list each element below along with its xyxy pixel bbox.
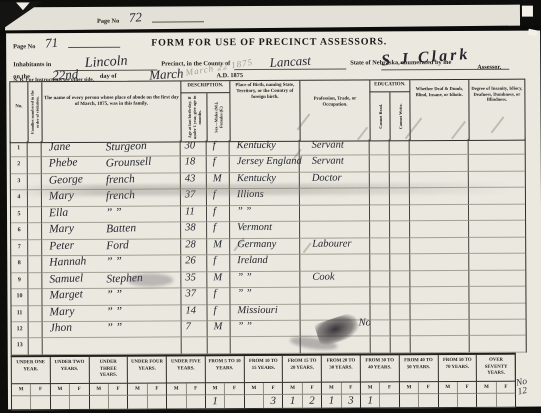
birthplace-cell: ” ” [231, 321, 301, 338]
footer-female-header: F [419, 382, 438, 394]
row-number: 11 [11, 306, 28, 323]
degree-cell [469, 155, 525, 172]
footer-age-group-label: FROM 5 TO 10 YEARS. [206, 356, 245, 383]
col-header-cannot-write: Cannot Write. [389, 92, 409, 140]
deaf-dumb-cell [411, 320, 470, 337]
footer-female-header: F [497, 382, 516, 394]
deaf-dumb-cell [410, 254, 469, 271]
degree-cell [469, 221, 525, 238]
footer-male-tally [439, 394, 458, 407]
deaf-dumb-cell [411, 336, 470, 353]
degree-cell [469, 204, 525, 221]
occupation-cell: Labourer [300, 238, 370, 255]
footer-female-tally: 3 [264, 395, 283, 408]
footer-female-header: F [264, 383, 283, 395]
col-group-description: DESCRIPTION. [180, 81, 229, 93]
first-name: Marget [49, 288, 83, 301]
row-number: 10 [11, 289, 28, 306]
cannot-read-cell [370, 205, 390, 222]
degree-cell [469, 139, 525, 156]
family-number-cell [28, 240, 42, 257]
cannot-write-cell [390, 254, 410, 271]
last-name: Grounsell [106, 156, 152, 170]
footer-age-group-label: UNDER FIVE YEARS. [167, 356, 206, 383]
col-header-birthplace: Place of Birth, naming State, Territory,… [229, 81, 299, 141]
footer-female-tally [109, 396, 128, 409]
cannot-write-cell [390, 139, 410, 156]
first-name: Peter [49, 239, 74, 252]
page-number-block: Page No 71 [13, 35, 120, 54]
col-header-degree-insanity: Degree of Insanity, Idiocy, Deafness, Du… [468, 80, 524, 140]
footer-male-header: M [12, 384, 31, 396]
footer-female-tally [70, 396, 89, 409]
deaf-dumb-cell [410, 139, 469, 156]
age-cell: 30 [181, 140, 207, 157]
cannot-read-cell [370, 139, 390, 156]
age-cell: 14 [181, 305, 207, 322]
footer-grid: UNDER ONE YEAR.UNDER TWO YEARS.UNDER THR… [11, 353, 516, 411]
col-header-deaf-dumb: Whether Deaf & Dumb, Blind, Insane, or I… [409, 80, 468, 140]
sex-cell: f [207, 206, 230, 223]
occupation-cell: Cook [300, 271, 370, 288]
col-header-no: No. [10, 82, 27, 142]
name-cell: Jane Sturgeon [42, 140, 181, 157]
birthplace-cell: ” ” [230, 206, 300, 223]
first-name: Mary [49, 305, 74, 318]
day-of-label: day of [100, 73, 117, 80]
footer-female-tally [148, 395, 167, 408]
footer-female-header: F [225, 383, 244, 395]
sex-cell: M [208, 321, 231, 338]
cannot-read-cell [370, 156, 390, 173]
deaf-dumb-cell [410, 205, 469, 222]
cannot-write-cell [391, 337, 411, 354]
cannot-write-cell [390, 304, 410, 321]
last-name: Batten [106, 222, 136, 235]
footer-female-tally [497, 394, 516, 407]
name-cell: Marget ” ” [42, 288, 181, 305]
degree-cell [470, 320, 526, 337]
last-name: ” ” [106, 321, 122, 334]
footer-male-header: M [400, 382, 419, 394]
occupation-cell [300, 288, 370, 305]
footer-male-tally: 1 [361, 394, 380, 407]
degree-cell [469, 287, 525, 304]
footer-female-tally [225, 395, 244, 408]
footer-female-tally [380, 394, 399, 407]
table-body: 1 Jane Sturgeon 30 f Kentucky Servant 2 … [10, 139, 527, 356]
deaf-dumb-cell [410, 271, 469, 288]
footer-male-tally [400, 394, 419, 407]
footer-male-header: M [206, 383, 225, 395]
footer-female-tally: 3 [342, 394, 361, 407]
name-cell: Mary ” ” [42, 305, 181, 322]
row-number: 2 [11, 158, 28, 175]
age-cell: 7 [182, 321, 208, 338]
footer-male-header: M [245, 383, 264, 395]
cannot-write-cell [391, 320, 411, 337]
family-number-cell [28, 306, 42, 323]
sex-cell: f [207, 157, 230, 174]
first-name: Jane [48, 141, 70, 154]
sex-cell: M [207, 272, 230, 289]
footer-male-tally: 1 [322, 395, 341, 408]
degree-cell [470, 336, 526, 353]
footer-age-group-label: FROM 30 TO 40 YEARS. [361, 355, 400, 382]
cannot-write-cell [390, 221, 410, 238]
footer-female-header: F [380, 382, 399, 394]
degree-cell [469, 270, 525, 287]
row-number: 6 [11, 223, 28, 240]
col-header-occupation: Profession, Trade, or Occupation. [299, 80, 369, 140]
name-cell [43, 338, 182, 355]
page-number-label: Page No [13, 43, 35, 50]
name-cell: Ella ” ” [42, 206, 181, 223]
last-name: ” ” [106, 305, 122, 318]
cannot-read-cell [370, 222, 390, 239]
ink-blot-note: No [359, 317, 371, 328]
cannot-read-cell [370, 304, 390, 321]
footer-male-tally [12, 396, 31, 409]
sex-cell: f [207, 140, 230, 157]
footer-female-header: F [109, 384, 128, 396]
birthplace-cell: Kentucky [230, 140, 300, 157]
footer-age-group-label: FROM 10 TO 15 YEARS. [244, 356, 283, 383]
family-number-cell [28, 289, 42, 306]
footer-male-header: M [51, 384, 70, 396]
footer-male-header: M [438, 382, 457, 394]
footer-age-group-label: UNDER ONE YEAR. [12, 357, 51, 384]
col-header-cannot-read: Cannot Read. [369, 92, 389, 140]
footer-age-group-label: FROM 20 TO 30 YEARS. [322, 355, 361, 382]
age-cell [182, 338, 208, 355]
birthplace-cell: Missiouri [230, 304, 300, 321]
col-header-family-number: Families numbered in the order of visita… [27, 82, 41, 142]
footer-female-tally [419, 394, 438, 407]
footer-female-tally: 2 [303, 395, 322, 408]
footer-age-group-label: FROM 15 TO 20 YEARS. [283, 356, 322, 383]
cannot-read-cell [370, 287, 390, 304]
birthplace-cell: ” ” [230, 271, 300, 288]
last-name: Sturgeon [105, 140, 147, 154]
occupation-cell [300, 205, 370, 222]
footer-age-group-label: UNDER TWO YEARS. [51, 357, 90, 384]
degree-cell [469, 303, 525, 320]
cannot-read-cell [370, 254, 390, 271]
deaf-dumb-cell [410, 238, 469, 255]
deaf-dumb-cell [410, 221, 469, 238]
footer-male-header: M [283, 383, 302, 395]
first-name: Jhon [49, 322, 72, 335]
occupation-cell [300, 222, 370, 239]
row-number: 8 [11, 256, 28, 273]
row-number: 5 [11, 207, 28, 224]
col-group-education: EDUCATION. [369, 80, 409, 92]
page-number-value: 71 [45, 35, 59, 52]
scan-tilt-wrapper: Page No 72 Page No 71 FORM FOR USE OF PR… [0, 0, 541, 413]
name-cell: Phebe Grounsell [42, 157, 181, 174]
row-number: 9 [11, 273, 28, 290]
scan-edge-mark [522, 6, 533, 17]
footer-age-group-label: UNDER THREE YEARS. [89, 357, 128, 384]
occupation-cell [300, 255, 370, 272]
footer-female-header: F [458, 382, 477, 394]
first-name: Samuel [49, 272, 83, 285]
footer-male-header: M [128, 384, 147, 396]
footer-female-tally [458, 394, 477, 407]
birthplace-cell: Vermont [230, 222, 300, 239]
first-name: Hannah [49, 255, 87, 268]
family-number-cell [29, 339, 43, 356]
footer-male-header: M [322, 383, 341, 395]
sex-cell: f [207, 288, 230, 305]
previous-page-underline [152, 14, 204, 22]
sex-cell: f [207, 305, 230, 322]
footer-male-tally [477, 394, 496, 407]
row-number: 1 [11, 141, 28, 158]
cannot-read-cell [370, 271, 390, 288]
footer-female-header: F [186, 383, 205, 395]
col-header-age: Age at last birth-day. If under 1 year, … [180, 93, 206, 141]
footer-age-group-label: FROM 40 TO 50 YEARS. [400, 355, 439, 382]
sex-cell: f [207, 255, 230, 272]
sex-cell: f [207, 222, 230, 239]
footer-female-header: F [70, 384, 89, 396]
degree-cell [469, 254, 525, 271]
footer-male-header: M [89, 384, 108, 396]
first-name: Phebe [49, 157, 78, 170]
birthplace-cell: Ireland [230, 255, 300, 272]
family-number-cell [28, 223, 42, 240]
family-number-cell [28, 141, 42, 158]
age-cell: 38 [181, 223, 207, 240]
sex-cell [208, 338, 231, 355]
age-cell: 11 [181, 206, 207, 223]
table-header: No. Families numbered in the order of vi… [9, 79, 525, 144]
assessor-label: Assessor. [477, 64, 501, 71]
footer-male-tally [51, 396, 70, 409]
sex-cell: M [207, 239, 230, 256]
birthplace-cell: ” ” [230, 288, 300, 305]
cannot-write-cell [390, 238, 410, 255]
cannot-write-cell [390, 205, 410, 222]
cannot-read-cell [370, 238, 390, 255]
footer-male-tally [245, 395, 264, 408]
deaf-dumb-cell [410, 155, 469, 172]
census-form-scan: Page No 72 Page No 71 FORM FOR USE OF PR… [0, 0, 541, 413]
footer-male-header: M [477, 382, 496, 394]
col-header-name: The name of every person whose place of … [41, 81, 180, 142]
ad-year-label: A.D. 1875 [217, 72, 243, 79]
name-cell: Hannah ” ” [42, 256, 181, 273]
signature-block: S J Clark Assessor. [381, 49, 531, 68]
footer-female-tally [31, 396, 50, 409]
last-name: ” ” [106, 206, 122, 219]
previous-page-label: Page No [97, 18, 119, 25]
occupation-cell: Servant [300, 139, 370, 156]
cannot-write-cell [390, 271, 410, 288]
footer-male-header: M [361, 382, 380, 394]
family-number-cell [28, 256, 42, 273]
footer-female-header: F [148, 383, 167, 395]
occupation-cell: Servant [300, 156, 370, 173]
col-header-sex: Sex—Males (M.), Females (F.) [206, 93, 229, 141]
name-cell: Mary Batten [42, 223, 181, 240]
footer-female-header: F [342, 382, 361, 394]
cannot-write-cell [390, 156, 410, 173]
footer-age-group-label: FROM 50 TO 70 YEARS. [438, 355, 477, 382]
family-number-cell [29, 322, 43, 339]
footer-male-tally [128, 396, 147, 409]
cannot-read-cell [371, 320, 391, 337]
form-title: FORM FOR USE OF PRECINCT ASSESSORS. [109, 36, 429, 49]
last-name: ” ” [106, 256, 122, 269]
footer-age-group-label: UNDER FOUR YEARS. [128, 356, 167, 383]
footer-male-tally: 1 [206, 395, 225, 408]
last-name: ” ” [106, 289, 122, 302]
row-number: 12 [12, 322, 29, 339]
deaf-dumb-cell [410, 287, 469, 304]
age-cell: 28 [181, 239, 207, 256]
family-number-cell [28, 207, 42, 224]
previous-page-number-value: 72 [129, 9, 143, 26]
degree-cell [469, 237, 525, 254]
row-number: 13 [12, 339, 29, 356]
footer-male-header: M [167, 383, 186, 395]
footer-female-tally [186, 395, 205, 408]
footer-male-tally [167, 395, 186, 408]
age-cell: 37 [181, 288, 207, 305]
row-number: 7 [11, 240, 28, 257]
previous-page-number: Page No 72 [97, 9, 204, 28]
cannot-write-cell [390, 287, 410, 304]
assessor-signature: S J Clark [381, 46, 471, 71]
family-number-cell [28, 273, 42, 290]
deaf-dumb-cell [410, 303, 469, 320]
first-name: Mary [49, 223, 74, 236]
footer-age-group-label: OVER SEVENTY YEARS. [477, 355, 516, 382]
footer-female-header: F [31, 384, 50, 396]
name-cell: Jhon ” ” [43, 321, 182, 338]
footer-female-header: F [303, 383, 322, 395]
last-name: Ford [106, 239, 129, 252]
age-cell: 26 [181, 255, 207, 272]
age-cell: 35 [181, 272, 207, 289]
footer-male-tally: 1 [283, 395, 302, 408]
footer-male-tally [90, 396, 109, 409]
first-name: Ella [49, 206, 69, 219]
age-cell: 18 [181, 157, 207, 174]
family-number-cell [28, 158, 42, 175]
cannot-read-cell [371, 337, 391, 354]
birthplace-cell: Jersey England [230, 156, 300, 173]
name-cell: Peter Ford [42, 239, 181, 256]
